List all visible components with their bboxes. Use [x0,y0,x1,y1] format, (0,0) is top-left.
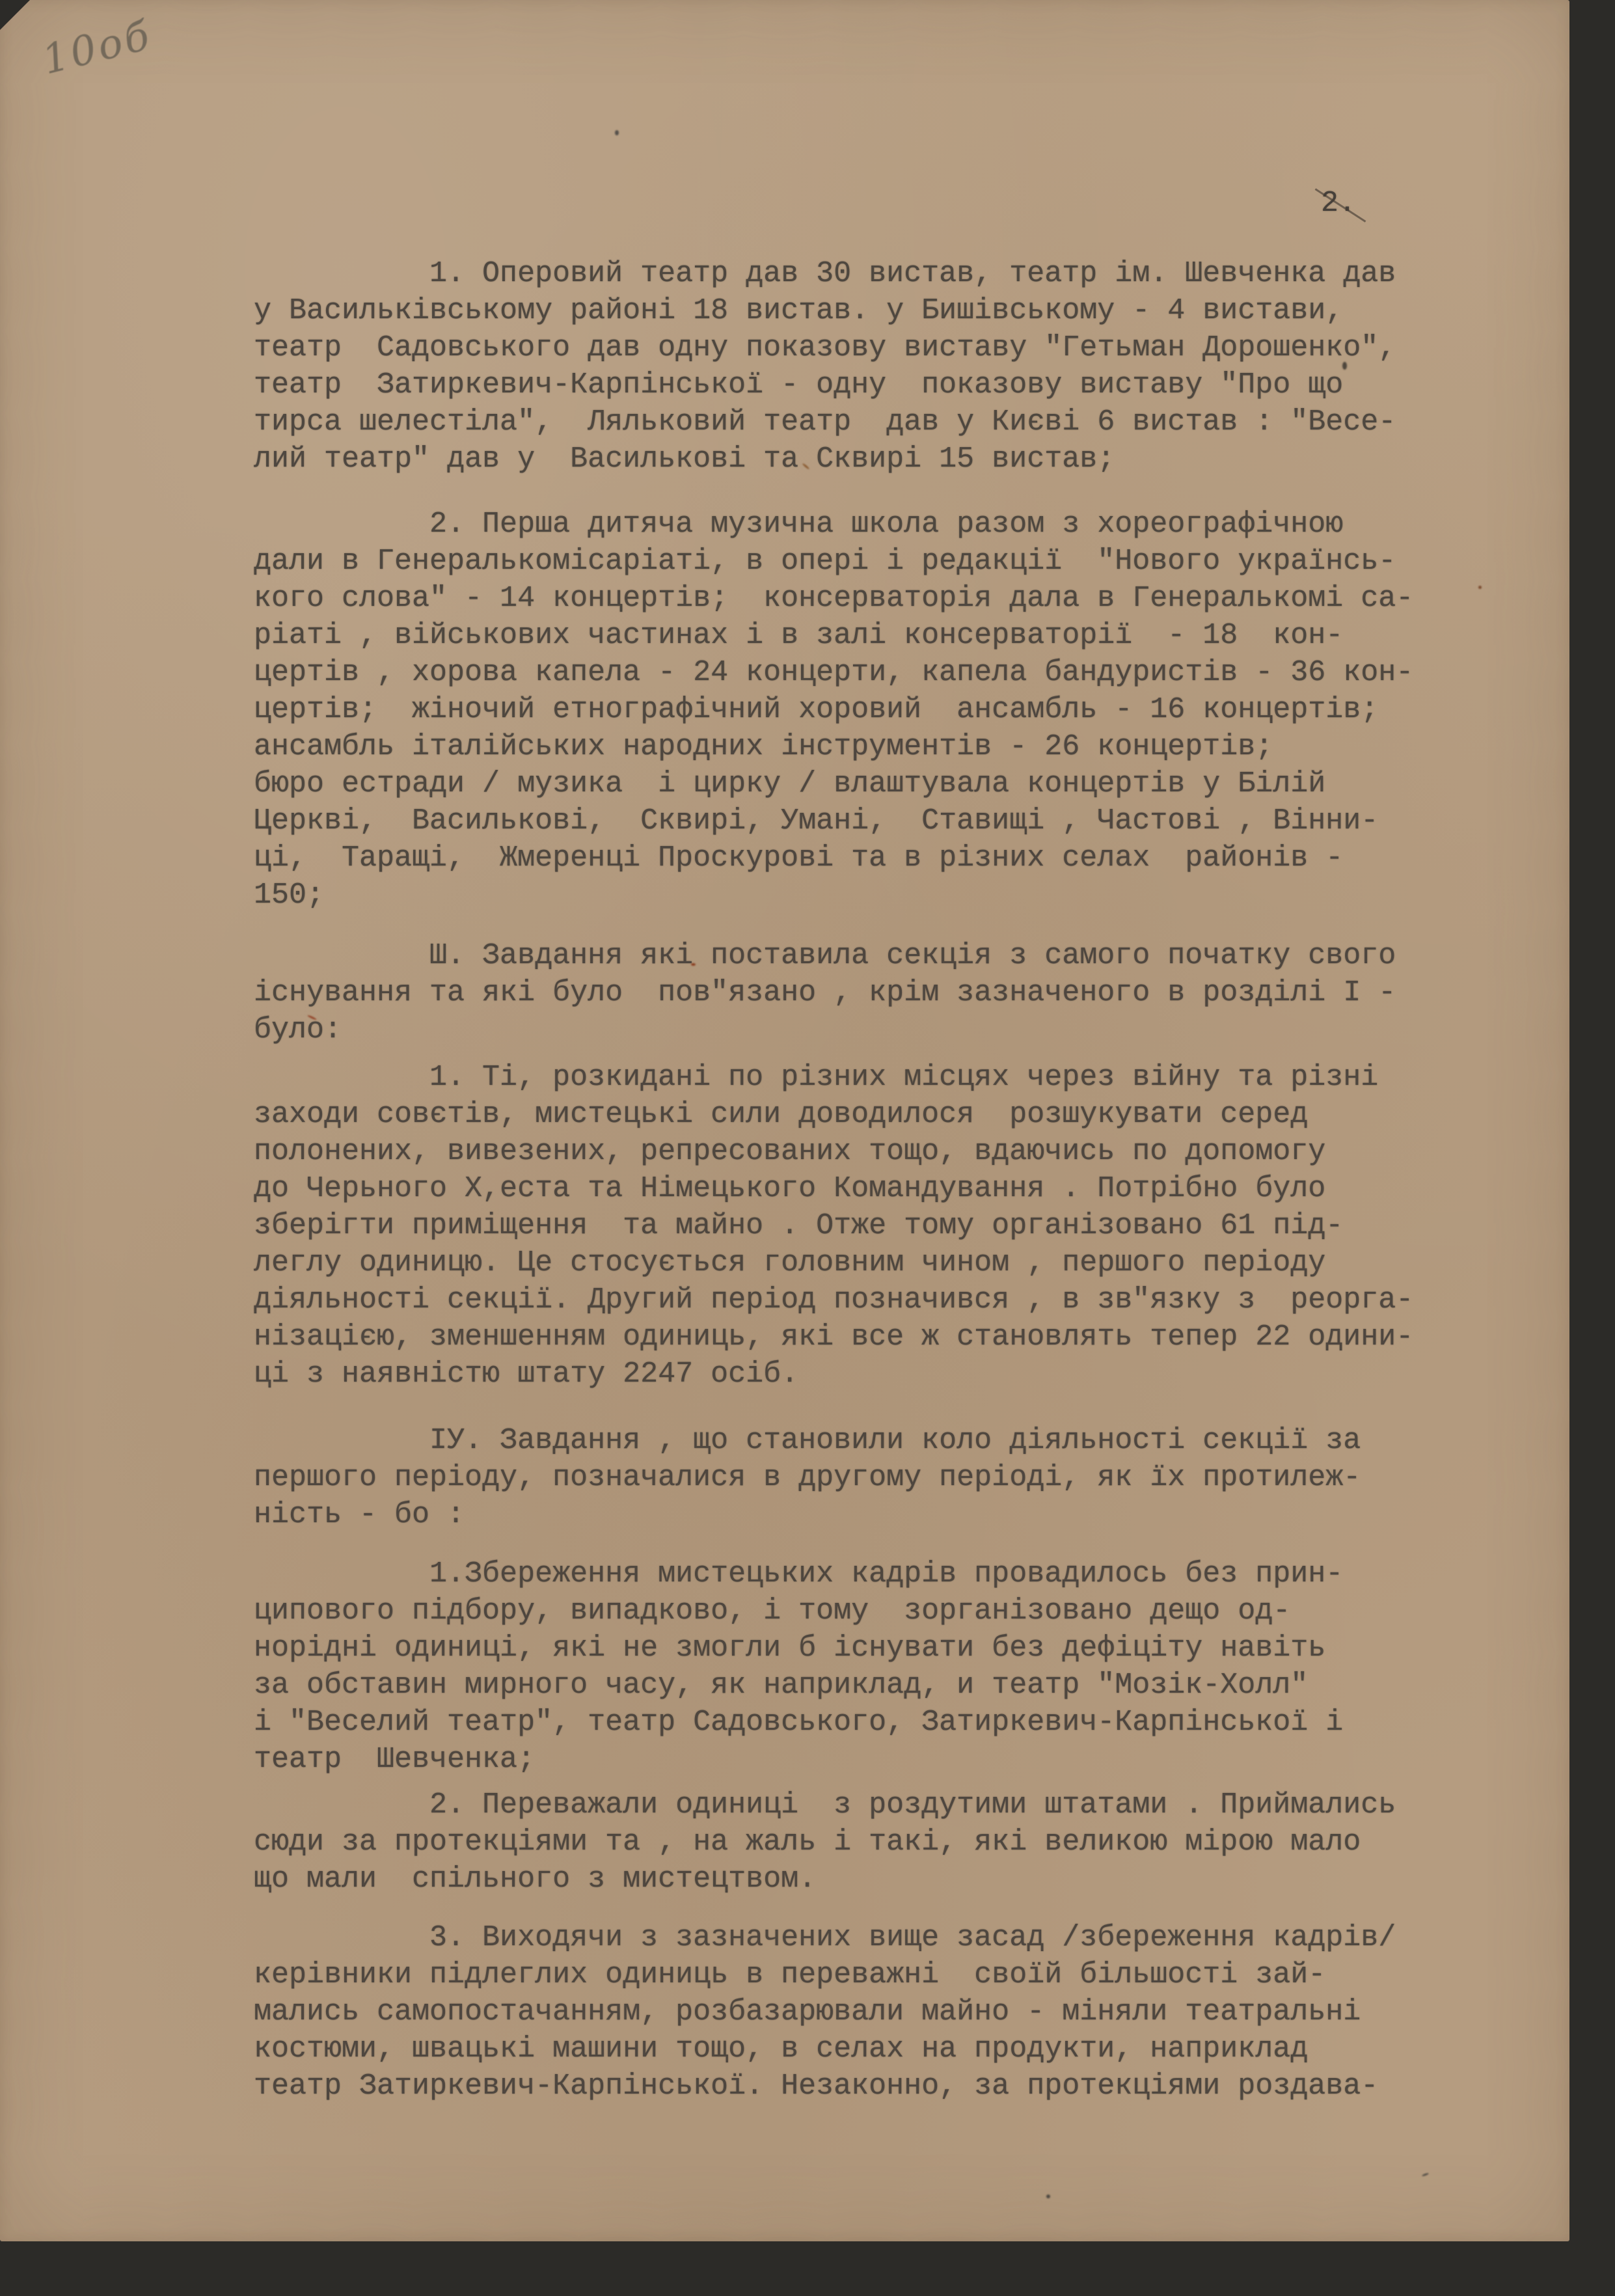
paragraph: 3. Виходячи з зазначених вище засад /збе… [254,1919,1451,2105]
text-line: і "Веселий театр", театр Садовського, За… [254,1704,1451,1741]
archival-note: 10об [38,11,157,84]
text-line: нізацією, зменшенням одиниць, які все ж … [254,1319,1451,1356]
text-line: театр Затиркевич-Карпінської - одну пока… [254,366,1451,403]
text-line: зберігти приміщення та майно . Отже тому… [254,1207,1451,1244]
text-line: 1.Збереження мистецьких кадрів провадило… [254,1555,1451,1592]
text-line: 150; [254,877,1451,914]
paper-speck [615,130,619,135]
paper-speck [1422,2172,1429,2177]
text-line: заходи совєтів, мистецькі сили доводилос… [254,1096,1451,1133]
paragraph: 1. Ті, розкидані по різних місцях через … [254,1059,1451,1393]
text-line: ІУ. Завдання , що становили коло діяльно… [254,1422,1451,1459]
paragraph: 1. Оперовий театр дав 30 вистав, театр і… [254,255,1451,478]
text-line: було: [254,1011,1451,1048]
text-line: лий театр" дав у Василькові та Сквирі 15… [254,441,1451,478]
text-line: кого слова" - 14 концертів; консерваторі… [254,580,1451,617]
paragraph: 1.Збереження мистецьких кадрів провадило… [254,1555,1451,1778]
text-line: керівники підлеглих одиниць в переважні … [254,1956,1451,1993]
text-line: 2. Перша дитяча музична школа разом з хо… [254,506,1451,543]
document-body: 1. Оперовий театр дав 30 вистав, театр і… [254,255,1451,2105]
text-line: норідні одиниці, які не змогли б існуват… [254,1630,1451,1667]
text-line: існування та які було пов"язано , крім з… [254,974,1451,1011]
text-line: за обставин мирного часу, як наприклад, … [254,1667,1451,1704]
paragraph: Ш. Завдання які поставила секція з самог… [254,937,1451,1048]
text-line: цертів , хорова капела - 24 концерти, ка… [254,654,1451,691]
document-page: 10об 2. 1. Оперовий театр дав 30 вистав,… [0,0,1569,2241]
text-line: театр Шевченка; [254,1741,1451,1778]
text-line: ці, Таращі, Жмеренці Проскурові та в різ… [254,840,1451,877]
text-line: 3. Виходячи з зазначених вище засад /збе… [254,1919,1451,1956]
text-line: Церкві, Василькові, Сквирі, Умані, Стави… [254,802,1451,840]
paper-speck [1342,362,1347,370]
photo-background: { "page": { "archival_note": "10об", "pa… [0,0,1615,2296]
text-line: мались самопостачанням, розбазарювали ма… [254,1993,1451,2030]
page-number: 2. [1321,187,1356,220]
text-line: ансамбль італійських народних інструмент… [254,728,1451,765]
text-line: до Черьного Х,еста та Німецького Команду… [254,1170,1451,1207]
text-line: діяльності секції. Другий період позначи… [254,1281,1451,1319]
text-line: ріаті , військових частинах і в залі кон… [254,617,1451,654]
photo-corner-shadow [0,0,30,30]
text-line: тирса шелестіла", Ляльковий театр дав у … [254,403,1451,441]
text-line: першого періоду, позначалися в другому п… [254,1459,1451,1496]
text-line: бюро естради / музика і цирку / влаштува… [254,765,1451,802]
text-line: сюди за протекціями та , на жаль і такі,… [254,1824,1451,1861]
text-line: полонених, вивезених, репресованих тощо,… [254,1133,1451,1170]
text-line: ність - бо : [254,1496,1451,1533]
text-line: леглу одиницю. Це стосується головним чи… [254,1244,1451,1281]
text-line: ципового підбору, випадково, і тому зорг… [254,1592,1451,1630]
text-line: дали в Генералькомісаріаті, в опері і ре… [254,543,1451,580]
paragraph: 2. Переважали одиниці з роздутими штатам… [254,1786,1451,1898]
text-line: у Васильківському районі 18 вистав. у Би… [254,292,1451,329]
text-line: ці з наявністю штату 2247 осіб. [254,1356,1451,1393]
paragraph: ІУ. Завдання , що становили коло діяльно… [254,1422,1451,1533]
text-line: костюми, швацькі машини тощо, в селах на… [254,2030,1451,2068]
paper-speck [1478,586,1482,589]
text-line: театр Садовського дав одну показову вист… [254,329,1451,366]
text-line: Ш. Завдання які поставила секція з самог… [254,937,1451,974]
text-line: цертів; жіночий етнографічний хоровий ан… [254,691,1451,728]
text-line: 1. Ті, розкидані по різних місцях через … [254,1059,1451,1096]
text-line: театр Затиркевич-Карпінської. Незаконно,… [254,2068,1451,2105]
paper-speck [1046,2194,1050,2198]
paper-speck [691,963,696,966]
text-line: що мали спільного з мистецтвом. [254,1861,1451,1898]
text-line: 2. Переважали одиниці з роздутими штатам… [254,1786,1451,1824]
paragraph: 2. Перша дитяча музична школа разом з хо… [254,506,1451,914]
text-line: 1. Оперовий театр дав 30 вистав, театр і… [254,255,1451,292]
